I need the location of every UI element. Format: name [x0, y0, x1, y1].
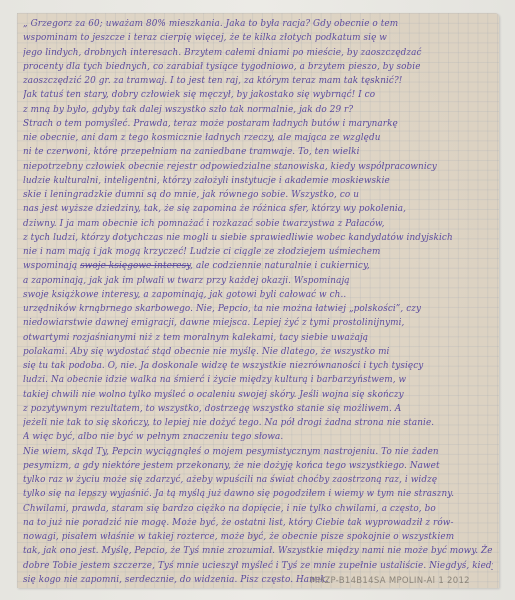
text-line: niepotrzebny człowiek obecnie rejestr od…: [23, 160, 493, 174]
text-line: swoje książkowe interesy, a zapominają, …: [23, 288, 493, 302]
text-fragment: , ale codziennie naturalnie i cukiernicy…: [190, 261, 370, 271]
archival-catalog-marking: MHZP-B14B14SA MPOLIN-Al 1 2012: [310, 576, 470, 586]
text-line: urzędników krnąbrnego skarbowego. Nie, P…: [23, 302, 493, 316]
text-line: tylko raz w życiu może się zdarzyć, ażeb…: [23, 473, 493, 487]
text-line: pesymizm, a gdy niektóre jestem przekona…: [23, 459, 493, 473]
text-line: z pozytywnym rezultatem, to wszystko, do…: [23, 402, 493, 416]
text-line: tak, jak ono jest. Myślę, Pepcio, że Tyś…: [23, 544, 493, 558]
text-line: nie obecnie, ani dam z tego kosmicznie ł…: [23, 131, 493, 145]
text-line: na to już nie poradzić nie mogę. Może by…: [23, 516, 493, 530]
text-line: się tu tak podoba. O, nie. Ja doskonale …: [23, 359, 493, 373]
text-line: skie i leningradzkie dumni są do mnie, j…: [23, 188, 493, 202]
struck-through-text: swoje księgowe interesy: [80, 261, 190, 271]
text-line: Chwilami, prawda, staram się bardzo cięż…: [23, 502, 493, 516]
text-line: dziwny. I ja mam obecnie ich pomnażać i …: [23, 217, 493, 231]
text-line: wspominam to jeszcze i teraz cierpię wię…: [23, 31, 493, 45]
letter-page: „ Grzegorz za 60; uważam 80% mieszkania.…: [17, 13, 499, 588]
text-line: A więc być, albo nie być w pełnym znacze…: [23, 430, 493, 444]
text-line: jeżeli nie tak to się skończy, to lepiej…: [23, 416, 493, 430]
handwritten-text: „ Grzegorz za 60; uważam 80% mieszkania.…: [23, 17, 493, 587]
text-line: niedowiarstwie dawnej emigracji, dawne m…: [23, 316, 493, 330]
text-line: tylko się na lepszy wyjaśnić. Ja tą myśl…: [23, 487, 493, 501]
text-line: dobre Tobie jestem szczerze, Tyś mnie uc…: [23, 559, 493, 573]
text-line: ludzie kulturalni, inteligentni, którzy …: [23, 174, 493, 188]
text-fragment: wspominają: [23, 261, 80, 271]
text-line: ludzi. Na obecnie idzie walka na śmierć …: [23, 373, 493, 387]
text-line: takiej chwili nie wolno tylko myśleć o o…: [23, 388, 493, 402]
text-line: nowagi, pisałem właśnie w takiej rozterc…: [23, 530, 493, 544]
text-line: jego lindych, drobnych interesach. Brzyt…: [23, 46, 493, 60]
text-line: „ Grzegorz za 60; uważam 80% mieszkania.…: [23, 17, 493, 31]
text-line: Jak tatuś ten stary, dobry człowiek się …: [23, 88, 493, 102]
text-line: wspominają swoje księgowe interesy, ale …: [23, 259, 493, 273]
text-line: a zapominają, jak jak im plwali w twarz …: [23, 274, 493, 288]
text-line: zaoszczędzić 20 gr. za tramwaj. I to jes…: [23, 74, 493, 88]
text-line: polakami. Aby się wydostać stąd obecnie …: [23, 345, 493, 359]
text-line: ni te czerwoni, które przepełniam na zan…: [23, 145, 493, 159]
text-line: Strach o tem pomyśleć. Prawda, teraz moż…: [23, 117, 493, 131]
text-line: otwartymi rozjaśnianymi niż z tem moraln…: [23, 331, 493, 345]
text-line: z tych ludzi, którzy dotychczas nie mogl…: [23, 231, 493, 245]
text-line: nas jest wyższe dziedziny, tak, że się z…: [23, 202, 493, 216]
text-line: procenty dla tych biednych, co zarabiał …: [23, 60, 493, 74]
text-line: nie i nam mają i jak mogą krzyczeć! Ludz…: [23, 245, 493, 259]
text-line: z mną by było, gdyby tak dalej wszystko …: [23, 103, 493, 117]
text-line: Nie wiem, skąd Ty, Pepcin wyciągnąłeś o …: [23, 445, 493, 459]
